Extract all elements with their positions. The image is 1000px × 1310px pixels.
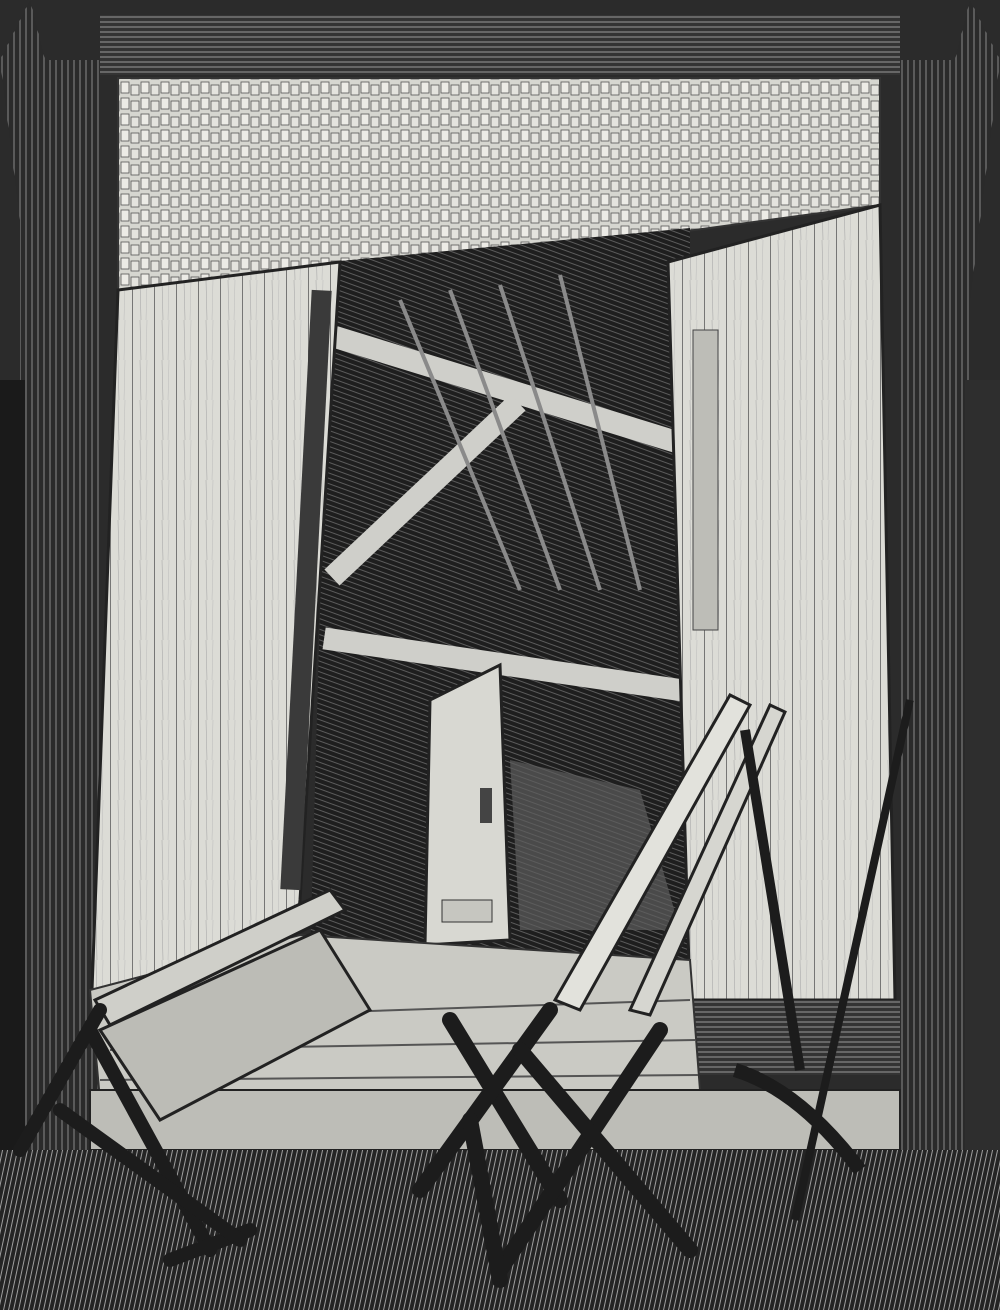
top-beam xyxy=(100,15,900,75)
barn-engraving xyxy=(0,0,1000,1310)
inner-door-latch xyxy=(480,788,492,823)
inner-door-board xyxy=(442,900,492,922)
right-door-batten xyxy=(693,330,718,630)
engraving-artwork xyxy=(0,0,1000,1310)
right-post xyxy=(900,60,970,1310)
